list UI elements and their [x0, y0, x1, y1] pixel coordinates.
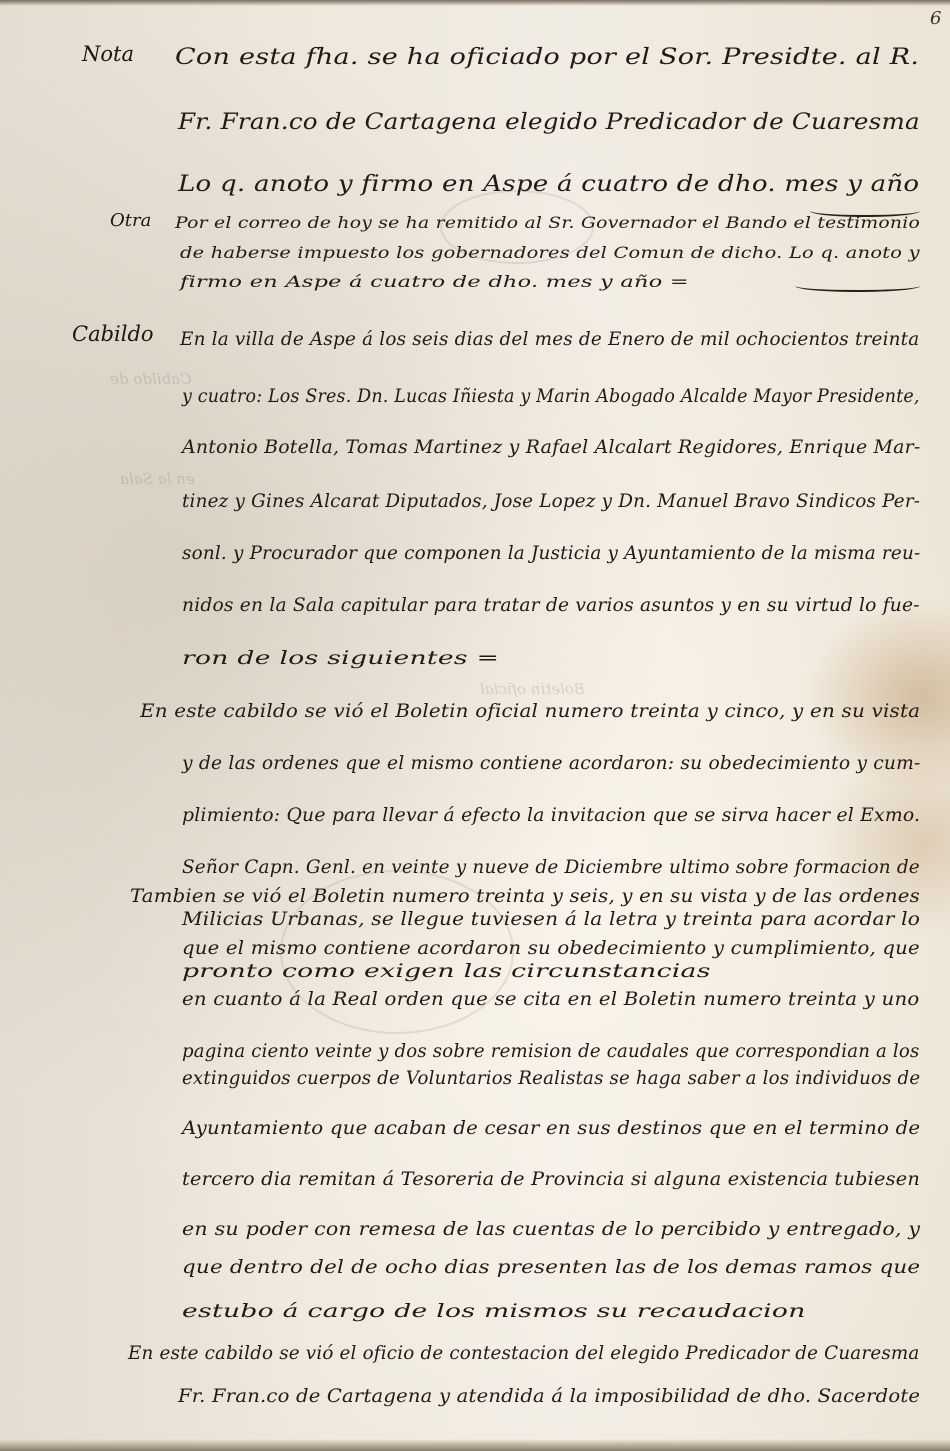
text-line: pronto como exigen las circunstancias: [182, 960, 711, 982]
text-line: En la villa de Aspe á los seis dias del …: [180, 328, 919, 350]
margin-note-cabildo: Cabildo: [72, 322, 154, 346]
text-line: estubo á cargo de los mismos su recaudac…: [182, 1300, 806, 1322]
text-line: sonl. y Procurador que componen la Justi…: [182, 542, 920, 564]
text-line: que el mismo contiene acordaron su obede…: [182, 937, 920, 959]
text-line: extinguidos cuerpos de Voluntarios Reali…: [182, 1067, 920, 1089]
text-line: Milicias Urbanas, se llegue tuviesen á l…: [182, 908, 920, 930]
text-line: Antonio Botella, Tomas Martinez y Rafael…: [182, 436, 920, 458]
text-line: tinez y Gines Alcarat Diputados, Jose Lo…: [182, 490, 920, 512]
text-line: firmo en Aspe á cuatro de dho. mes y año…: [180, 272, 689, 291]
signature-rubric: [795, 280, 920, 292]
text-line: y de las ordenes que el mismo contiene a…: [182, 752, 921, 774]
text-line: que dentro del de ocho dias presenten la…: [182, 1256, 920, 1278]
page-bottom-edge: [0, 1439, 950, 1451]
page-number: 6: [930, 8, 941, 29]
text-line: Ayuntamiento que acaban de cesar en sus …: [182, 1117, 920, 1139]
text-line: en su poder con remesa de las cuentas de…: [182, 1218, 920, 1240]
text-line: nidos en la Sala capitular para tratar d…: [182, 594, 920, 616]
text-line: plimiento: Que para llevar á efecto la i…: [182, 804, 920, 826]
text-line: Tambien se vió el Boletin numero treinta…: [130, 885, 920, 907]
bleed-through-text: Cabildo de: [110, 370, 192, 388]
text-line: y cuatro: Los Sres. Dn. Lucas Iñiesta y …: [182, 385, 920, 407]
text-line: Fr. Fran.co de Cartagena elegido Predica…: [178, 110, 920, 135]
text-line: de haberse impuesto los gobernadores del…: [180, 243, 920, 262]
bleed-through-text: en la Sala: [120, 470, 195, 488]
bleed-through-text: Boletin oficial: [480, 680, 585, 698]
text-line: Lo q. anoto y firmo en Aspe á cuatro de …: [178, 172, 919, 197]
text-line: en cuanto á la Real orden que se cita en…: [182, 988, 919, 1010]
text-line: En este cabildo se vió el oficio de cont…: [128, 1342, 920, 1364]
text-line: pagina ciento veinte y dos sobre remisio…: [182, 1040, 919, 1062]
margin-note-otra: Otra: [110, 210, 151, 231]
text-line: Fr. Fran.co de Cartagena y atendida á la…: [178, 1385, 920, 1407]
text-line: Señor Capn. Genl. en veinte y nueve de D…: [182, 856, 920, 878]
margin-note-nota: Nota: [82, 42, 134, 66]
text-line: ron de los siguientes =: [182, 647, 499, 669]
text-line: Por el correo de hoy se ha remitido al S…: [175, 213, 920, 232]
page-top-edge: [0, 0, 950, 6]
text-line: En este cabildo se vió el Boletin oficia…: [140, 700, 920, 722]
manuscript-page: Cabildo de en la Sala Boletin oficial 6 …: [0, 0, 950, 1451]
text-line: tercero dia remitan á Tesoreria de Provi…: [182, 1168, 920, 1190]
text-line: Con esta fha. se ha oficiado por el Sor.…: [175, 45, 919, 70]
